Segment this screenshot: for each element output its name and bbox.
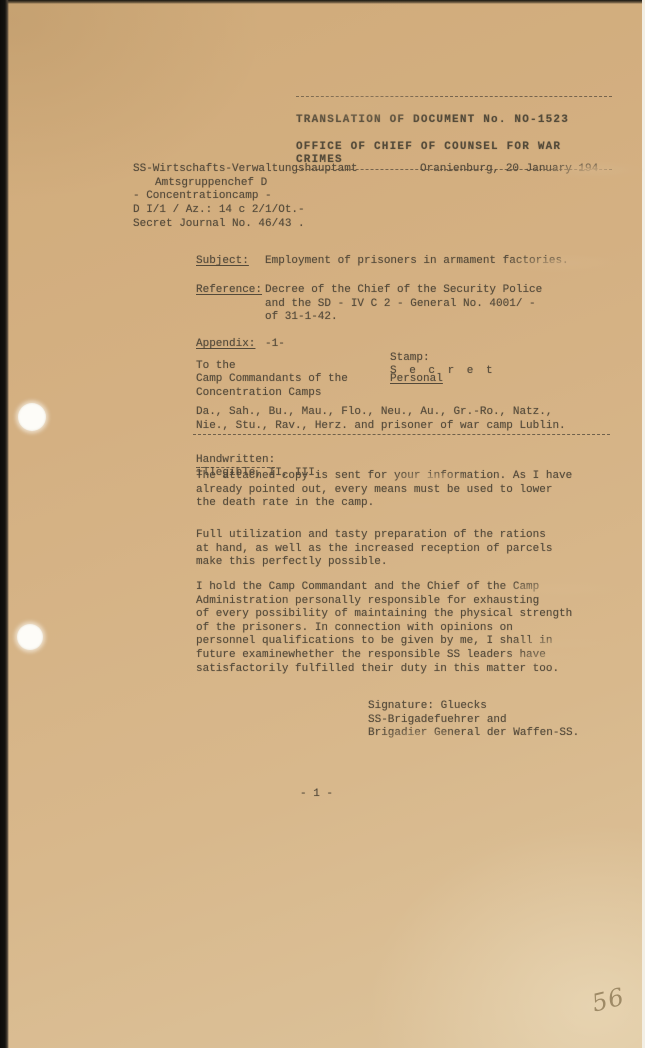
letterhead-office: SS-Wirtschafts-Verwaltungshauptamt — [133, 163, 357, 177]
personal-note: Personal — [390, 373, 443, 387]
letterhead-secret-journal: Secret Journal No. 46/43 . — [133, 218, 305, 232]
paragraph-2: Full utilization and tasty preparation o… — [196, 529, 616, 570]
paragraph-3: I hold the Camp Commandant and the Chief… — [196, 581, 626, 676]
appendix-label: Appendix: — [196, 338, 255, 352]
address-to: To the — [196, 360, 236, 374]
handwritten-page-mark: 56 — [589, 982, 627, 1017]
appendix-value: -1- — [265, 338, 285, 352]
scanned-document-page: TRANSLATION OF DOCUMENT No. NO-1523 OFFI… — [0, 0, 645, 1048]
letterhead-file-reference: D I/1 / Az.: 14 c 2/1/Ot.- — [133, 204, 305, 218]
signature-name: Signature: Gluecks — [368, 700, 487, 714]
reference-text: Decree of the Chief of the Security Poli… — [265, 284, 625, 325]
stamp-header-line1: TRANSLATION OF DOCUMENT No. NO-1523 — [296, 114, 612, 128]
hole-punch-top — [18, 403, 46, 431]
scan-edge-top — [0, 0, 645, 4]
page-number: - 1 - — [300, 788, 333, 802]
handwritten-label: Handwritten: — [196, 454, 275, 468]
signature-rank-general: Brigadier General der Waffen-SS. — [368, 727, 579, 741]
scan-edge-left — [0, 0, 9, 1048]
camp-abbreviations: Da., Sah., Bu., Mau., Flo., Neu., Au., G… — [196, 406, 626, 433]
subject-text: Employment of prisoners in armament fact… — [265, 255, 625, 269]
address-camps-title: Concentration Camps — [196, 387, 321, 401]
letterhead-place-date: Oranienburg, 20 January 194 — [420, 163, 598, 177]
subject-label: Subject: — [196, 255, 249, 269]
signature-rank-ss: SS-Brigadefuehrer and — [368, 714, 507, 728]
letterhead-amtsgruppe: Amtsgruppenchef D — [155, 177, 267, 191]
paragraph-1: The attached copy is sent for your infor… — [196, 470, 616, 511]
letterhead-concentrationcamp: - Concentrationcamp - — [133, 190, 272, 204]
hole-punch-bottom — [17, 624, 43, 650]
dashed-divider — [193, 434, 610, 435]
reference-label: Reference: — [196, 284, 262, 298]
address-commandants: Camp Commandants of the — [196, 373, 348, 387]
secrecy-stamp-label: Stamp: — [390, 352, 430, 364]
